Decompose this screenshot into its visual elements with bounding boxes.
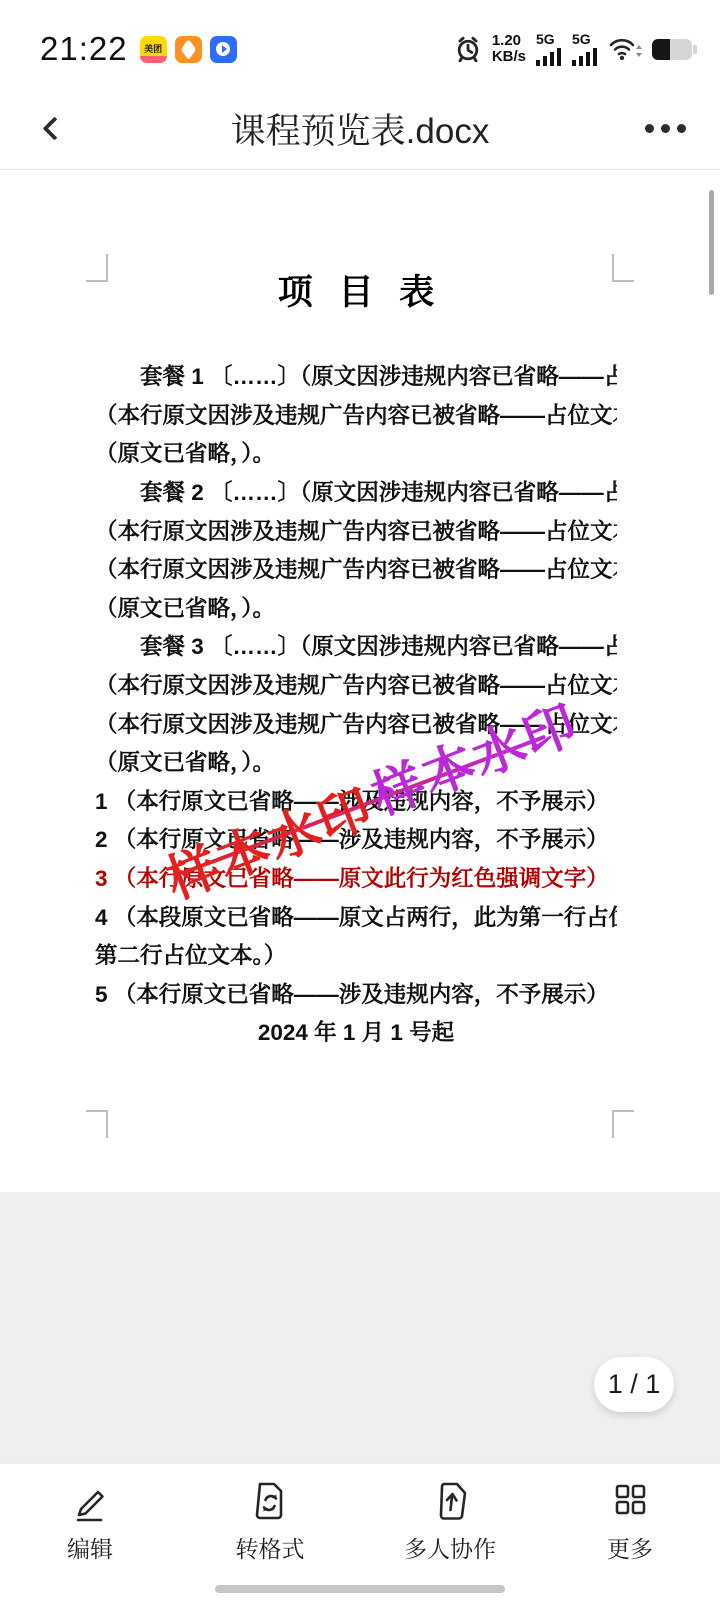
doc-line: （原文已省略，）。 [95,433,617,472]
sim1-signal: 5G [536,32,562,66]
grid-icon [608,1478,652,1524]
share-file-icon [428,1478,472,1524]
page-indicator: 1 / 1 [594,1357,674,1412]
collaborate-button[interactable]: 多人协作 [360,1464,540,1600]
doc-line: 4 （本段原文已省略——原文占两行，此为第一行占位， [95,896,617,935]
margin-corner-mark [612,1110,634,1138]
status-bar-right: 1.20 KB/s 5G 5G [454,32,692,66]
meituan-app-icon: 美团 [140,36,167,63]
status-bar: 21:22 美团 1.20 KB/s 5G [0,0,720,88]
doc-line: （本行原文因涉及违规广告内容已被省略——占位文本） [95,395,617,434]
blue-app-icon [210,36,237,63]
doc-line: 套餐 1 〔……〕（原文因涉违规内容已省略——占位） [95,356,617,395]
doc-line-date: 2024 年 1 月 1 号起 [95,1012,617,1051]
sim2-signal: 5G [572,32,598,66]
network-speed: 1.20 KB/s [492,33,526,65]
doc-line: （原文已省略，）。 [95,588,617,627]
scrollbar-thumb[interactable] [709,190,714,295]
doc-line: （本行原文因涉及违规广告内容已被省略——占位文本） [95,510,617,549]
more-tools-button[interactable]: 更多 [540,1464,720,1600]
alarm-icon [454,35,482,63]
home-indicator[interactable] [215,1585,505,1593]
document-title: 课程预览表.docx [110,104,610,154]
margin-corner-mark [86,1110,108,1138]
signal-bars-icon [536,47,562,66]
net-speed-value: 1.20 [492,33,526,49]
notification-app-icons: 美团 [140,36,237,63]
net-speed-unit: KB/s [492,49,526,65]
nav-bar: 课程预览表.docx [0,88,720,170]
doc-line: 第二行占位文本。） [95,935,617,974]
document-viewport[interactable]: 项 目 表 套餐 1 〔……〕（原文因涉违规内容已省略——占位） （本行原文因涉… [0,170,720,1463]
toolbar-label: 转格式 [236,1531,305,1564]
doc-line: 套餐 2 〔……〕（原文因涉违规内容已省略——占位） [95,472,617,511]
signal-bars-icon [572,47,598,66]
meituan-app-label: 美团 [144,45,162,54]
pencil-icon [68,1478,112,1524]
ellipsis-icon [645,124,654,133]
toolbar-label: 编辑 [67,1531,113,1564]
orange-app-icon [175,36,202,63]
doc-line: 5 （本行原文已省略——涉及违规内容，不予展示） [95,974,617,1013]
back-button[interactable] [30,105,78,153]
convert-file-icon [248,1478,292,1524]
doc-line: （本行原文因涉及违规广告内容已被省略——占位文本） [95,549,617,588]
document-page[interactable]: 项 目 表 套餐 1 〔……〕（原文因涉违规内容已省略——占位） （本行原文因涉… [0,170,720,1192]
more-menu-button[interactable] [641,110,690,147]
wifi-icon [608,35,642,63]
sim2-5g-label: 5G [572,32,591,46]
doc-line: 套餐 3 〔……〕（原文因涉违规内容已省略——占位） [95,626,617,665]
sim1-5g-label: 5G [536,32,555,46]
edit-button[interactable]: 编辑 [0,1464,180,1600]
bottom-toolbar: 编辑 转格式 多人协作 [0,1463,720,1600]
phone-screen: 21:22 美团 1.20 KB/s 5G [0,0,720,1600]
convert-format-button[interactable]: 转格式 [180,1464,360,1600]
chevron-left-icon [42,116,66,140]
clock-text: 21:22 [40,30,128,68]
page-title: 项 目 表 [0,265,720,315]
meituan-badge [140,56,167,63]
battery-icon [652,39,692,60]
toolbar-label: 多人协作 [404,1531,496,1564]
toolbar-label: 更多 [607,1531,653,1564]
